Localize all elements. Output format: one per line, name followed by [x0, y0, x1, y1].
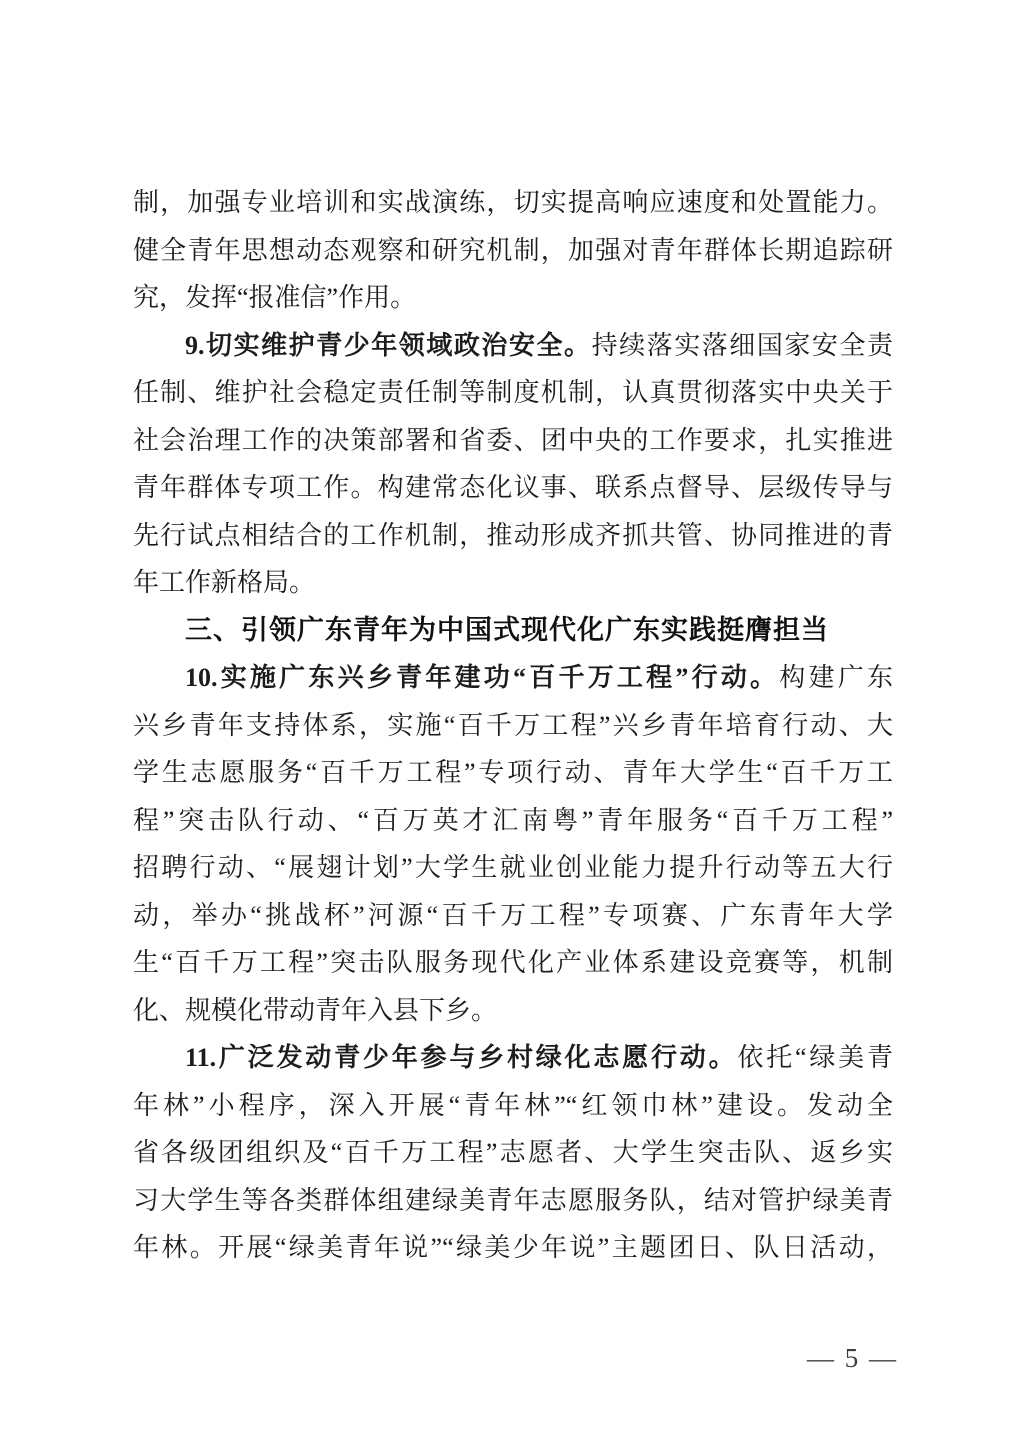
line-text: 动，举办“挑战杯”河源“百千万工程”专项赛、广东青年大学 [133, 901, 893, 930]
text-lines: 制，加强专业培训和实战演练，切实提高响应速度和处置能力。健全青年思想动态观察和研… [133, 179, 893, 1272]
bold-lead-in: 10.实施广东兴乡青年建功“百千万工程”行动。 [185, 663, 779, 692]
text-line: 招聘行动、“展翅计划”大学生就业创业能力提升行动等五大行 [133, 844, 893, 892]
text-line: 究，发挥“报准信”作用。 [133, 274, 893, 322]
text-line: 年工作新格局。 [133, 559, 893, 607]
text-line: 动，举办“挑战杯”河源“百千万工程”专项赛、广东青年大学 [133, 892, 893, 940]
line-text: 健全青年思想动态观察和研究机制，加强对青年群体长期追踪研 [133, 236, 893, 265]
text-line: 健全青年思想动态观察和研究机制，加强对青年群体长期追踪研 [133, 227, 893, 275]
text-line: 学生志愿服务“百千万工程”专项行动、青年大学生“百千万工 [133, 749, 893, 797]
line-text: 究，发挥“报准信”作用。 [133, 283, 416, 312]
text-line: 制，加强专业培训和实战演练，切实提高响应速度和处置能力。 [133, 179, 893, 227]
document-page: 制，加强专业培训和实战演练，切实提高响应速度和处置能力。健全青年思想动态观察和研… [0, 0, 1024, 1448]
line-text: 招聘行动、“展翅计划”大学生就业创业能力提升行动等五大行 [133, 853, 893, 882]
line-text: 省各级团组织及“百千万工程”志愿者、大学生突击队、返乡实 [133, 1138, 893, 1167]
line-text: 兴乡青年支持体系，实施“百千万工程”兴乡青年培育行动、大 [133, 711, 893, 740]
section-heading-text: 三、引领广东青年为中国式现代化广东实践挺膺担当 [185, 615, 829, 645]
line-text: 社会治理工作的决策部署和省委、团中央的工作要求，扎实推进 [133, 426, 893, 455]
line-text: 程”突击队行动、“百万英才汇南粤”青年服务“百千万工程” [133, 806, 893, 835]
text-line: 11.广泛发动青少年参与乡村绿化志愿行动。依托“绿美青 [133, 1034, 893, 1082]
line-text: 习大学生等各类群体组建绿美青年志愿服务队，结对管护绿美青 [133, 1186, 893, 1215]
line-text: 生“百千万工程”突击队服务现代化产业体系建设竞赛等，机制 [133, 948, 893, 977]
text-line: 年林。开展“绿美青年说”“绿美少年说”主题团日、队日活动， [133, 1224, 893, 1272]
text-line: 先行试点相结合的工作机制，推动形成齐抓共管、协同推进的青 [133, 512, 893, 560]
line-text: 持续落实落细国家安全责 [592, 331, 893, 360]
text-line: 生“百千万工程”突击队服务现代化产业体系建设竞赛等，机制 [133, 939, 893, 987]
text-line: 年林”小程序，深入开展“青年林”“红领巾林”建设。发动全 [133, 1082, 893, 1130]
line-text: 任制、维护社会稳定责任制等制度机制，认真贯彻落实中央关于 [133, 378, 893, 407]
text-line: 兴乡青年支持体系，实施“百千万工程”兴乡青年培育行动、大 [133, 702, 893, 750]
text-line: 程”突击队行动、“百万英才汇南粤”青年服务“百千万工程” [133, 797, 893, 845]
line-text: 年工作新格局。 [133, 568, 315, 597]
text-line: 任制、维护社会稳定责任制等制度机制，认真贯彻落实中央关于 [133, 369, 893, 417]
text-line: 习大学生等各类群体组建绿美青年志愿服务队，结对管护绿美青 [133, 1177, 893, 1225]
line-text: 制，加强专业培训和实战演练，切实提高响应速度和处置能力。 [133, 188, 893, 217]
page-number: — 5 — [807, 1338, 898, 1378]
text-line: 省各级团组织及“百千万工程”志愿者、大学生突击队、返乡实 [133, 1129, 893, 1177]
line-text: 构建广东 [779, 663, 893, 692]
line-text: 化、规模化带动青年入县下乡。 [133, 996, 497, 1025]
text-line: 社会治理工作的决策部署和省委、团中央的工作要求，扎实推进 [133, 417, 893, 465]
line-text: 年林。开展“绿美青年说”“绿美少年说”主题团日、队日活动， [133, 1233, 893, 1262]
bold-lead-in: 9.切实维护青少年领域政治安全。 [185, 331, 592, 360]
text-line: 化、规模化带动青年入县下乡。 [133, 987, 893, 1035]
text-line: 10.实施广东兴乡青年建功“百千万工程”行动。构建广东 [133, 654, 893, 702]
line-text: 先行试点相结合的工作机制，推动形成齐抓共管、协同推进的青 [133, 521, 893, 550]
text-line: 青年群体专项工作。构建常态化议事、联系点督导、层级传导与 [133, 464, 893, 512]
bold-lead-in: 11.广泛发动青少年参与乡村绿化志愿行动。 [185, 1043, 737, 1072]
text-line: 9.切实维护青少年领域政治安全。持续落实落细国家安全责 [133, 322, 893, 370]
line-text: 年林”小程序，深入开展“青年林”“红领巾林”建设。发动全 [133, 1091, 893, 1120]
line-text: 学生志愿服务“百千万工程”专项行动、青年大学生“百千万工 [133, 758, 893, 787]
section-heading: 三、引领广东青年为中国式现代化广东实践挺膺担当 [133, 607, 893, 655]
line-text: 依托“绿美青 [737, 1043, 893, 1072]
line-text: 青年群体专项工作。构建常态化议事、联系点督导、层级传导与 [133, 473, 893, 502]
